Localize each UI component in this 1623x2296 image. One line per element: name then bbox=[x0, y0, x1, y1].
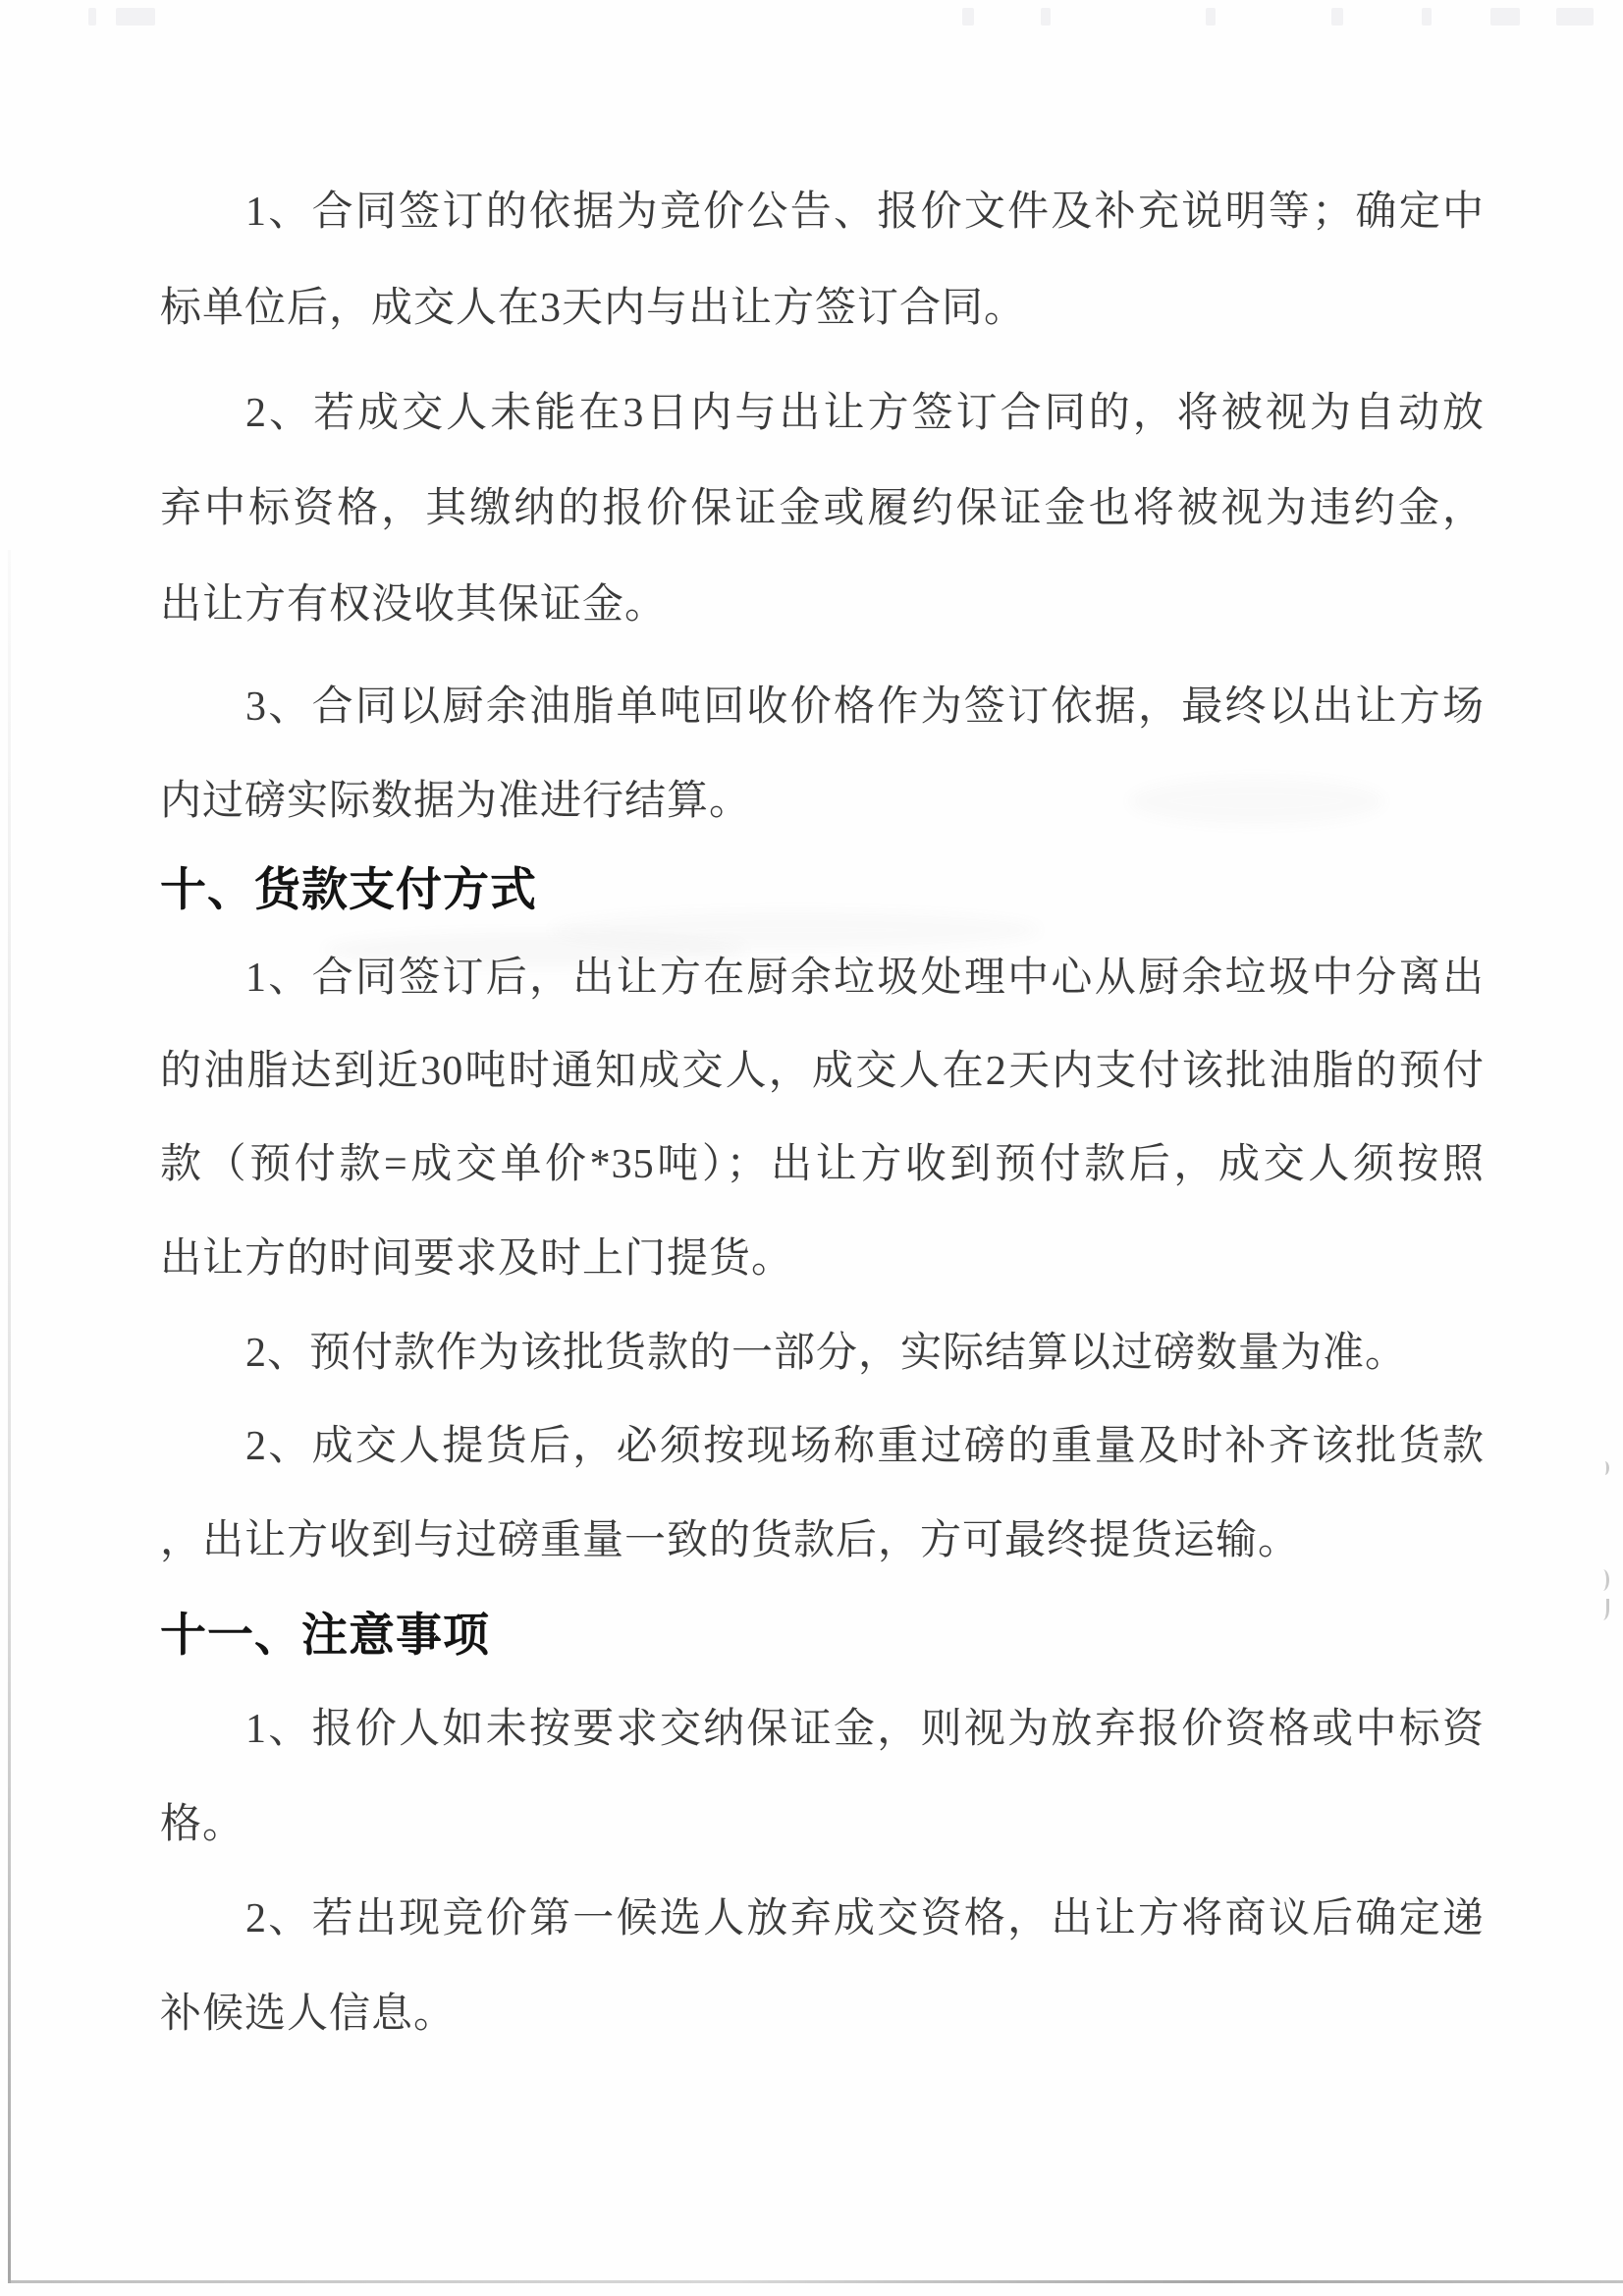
text-line: 2、成交人提货后，必须按现场称重过磅的重量及时补齐该批货款 bbox=[160, 1421, 1485, 1472]
scan-artifact-top-dash bbox=[1556, 8, 1594, 26]
text-line: 出让方的时间要求及时上门提货。 bbox=[160, 1233, 1485, 1285]
scan-artifact-top-dash bbox=[1422, 8, 1432, 26]
text-line: 出让方有权没收其保证金。 bbox=[160, 579, 1485, 630]
text-line: ，出让方收到与过磅重量一致的货款后，方可最终提货运输。 bbox=[160, 1515, 1485, 1566]
text-line: 标单位后，成交人在3天内与出让方签订合同。 bbox=[160, 283, 1485, 334]
text-line: 2、若出现竞价第一候选人放弃成交资格，出让方将商议后确定递 bbox=[160, 1893, 1485, 1944]
text-line: 的油脂达到近30吨时通知成交人，成交人在2天内支付该批油脂的预付 bbox=[160, 1046, 1485, 1097]
page-edge-shadow-bottom bbox=[8, 2280, 1623, 2283]
scan-artifact-right-mark bbox=[1596, 1599, 1609, 1620]
text-line: 内过磅实际数据为准进行结算。 bbox=[160, 776, 1485, 827]
text-line: 款（预付款=成交单价*35吨）；出让方收到预付款后，成交人须按照 bbox=[160, 1139, 1485, 1190]
scan-artifact-top-dash bbox=[116, 8, 155, 26]
text-line: 弃中标资格，其缴纳的报价保证金或履约保证金也将被视为违约金， bbox=[160, 483, 1485, 534]
text-line: 1、合同签订的依据为竞价公告、报价文件及补充说明等；确定中 bbox=[160, 187, 1485, 238]
page-edge-shadow-left bbox=[8, 550, 11, 2283]
text-line: 1、合同签订后，出让方在厨余垃圾处理中心从厨余垃圾中分离出 bbox=[160, 953, 1485, 1004]
text-line: 3、合同以厨余油脂单吨回收价格作为签订依据，最终以出让方场 bbox=[160, 682, 1485, 733]
scan-artifact-top-dash bbox=[1041, 8, 1051, 26]
scan-artifact-top-dash bbox=[962, 8, 974, 26]
text-line: 1、报价人如未按要求交纳保证金，则视为放弃报价资格或中标资 bbox=[160, 1704, 1485, 1755]
scan-artifact-top-dash bbox=[88, 8, 96, 26]
text-line: 2、预付款作为该批货款的一部分，实际结算以过磅数量为准。 bbox=[160, 1328, 1485, 1379]
text-line: 补候选人信息。 bbox=[160, 1989, 1485, 2040]
scan-artifact-top-dash bbox=[1331, 8, 1343, 26]
scan-artifact-top-dash bbox=[1206, 8, 1216, 26]
text-line: 2、若成交人未能在3日内与出让方签订合同的，将被视为自动放 bbox=[160, 388, 1485, 439]
text-line: 格。 bbox=[160, 1799, 1485, 1850]
scan-artifact-top-dash bbox=[1490, 8, 1520, 26]
document-page: 1、合同签订的依据为竞价公告、报价文件及补充说明等；确定中 标单位后，成交人在3… bbox=[0, 0, 1623, 2296]
section-heading-payment: 十、货款支付方式 bbox=[160, 862, 1485, 917]
scan-artifact-right-mark bbox=[1596, 1569, 1609, 1591]
section-heading-notes: 十一、注意事项 bbox=[160, 1608, 1485, 1663]
scan-artifact-right-mark bbox=[1600, 1461, 1609, 1475]
